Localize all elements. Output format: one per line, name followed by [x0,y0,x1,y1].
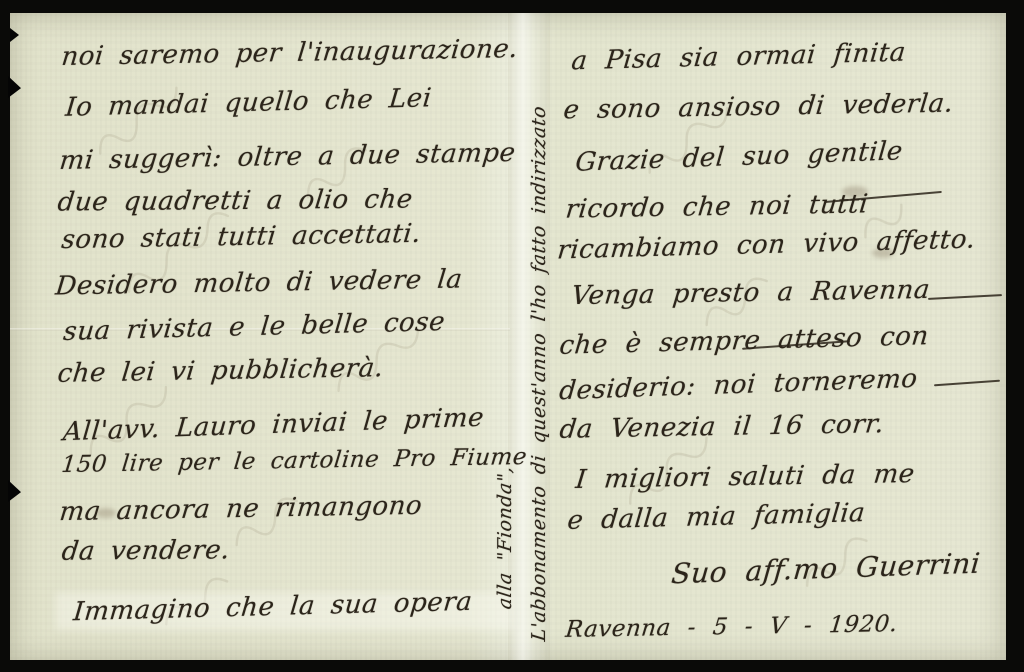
letter-line: che è sempre atteso con [558,321,930,361]
margin-note-line: L'abbonamento di quest'anno l'ho fatto i… [528,105,550,642]
letter-line: e sono ansioso di vederla. [562,89,955,126]
letter-line: Grazie del suo gentile [574,136,904,177]
letter-line: I migliori saluti da me [574,459,916,495]
letter-line: ricordo che noi tutti [564,189,870,224]
letter-line: a Pisa sia ormai finita [570,38,907,77]
letter-line: da Venezia il 16 corr. [558,409,886,445]
margin-note-line: alla "Fionda", [494,465,516,610]
scanned-letter: noi saremo per l'inaugurazione.Io mandai… [0,0,1024,672]
letter-line: desiderio: noi torneremo [558,364,919,406]
letter-line: Venga presto a Ravenna [570,275,931,311]
letter-line: Ravenna - 5 - V - 1920. [564,611,899,643]
letter-line: ricambiamo con vivo affetto. [556,225,977,266]
letter-line: Suo aff.mo Guerrini [670,547,982,591]
letter-line: e dalla mia famiglia [566,498,867,536]
